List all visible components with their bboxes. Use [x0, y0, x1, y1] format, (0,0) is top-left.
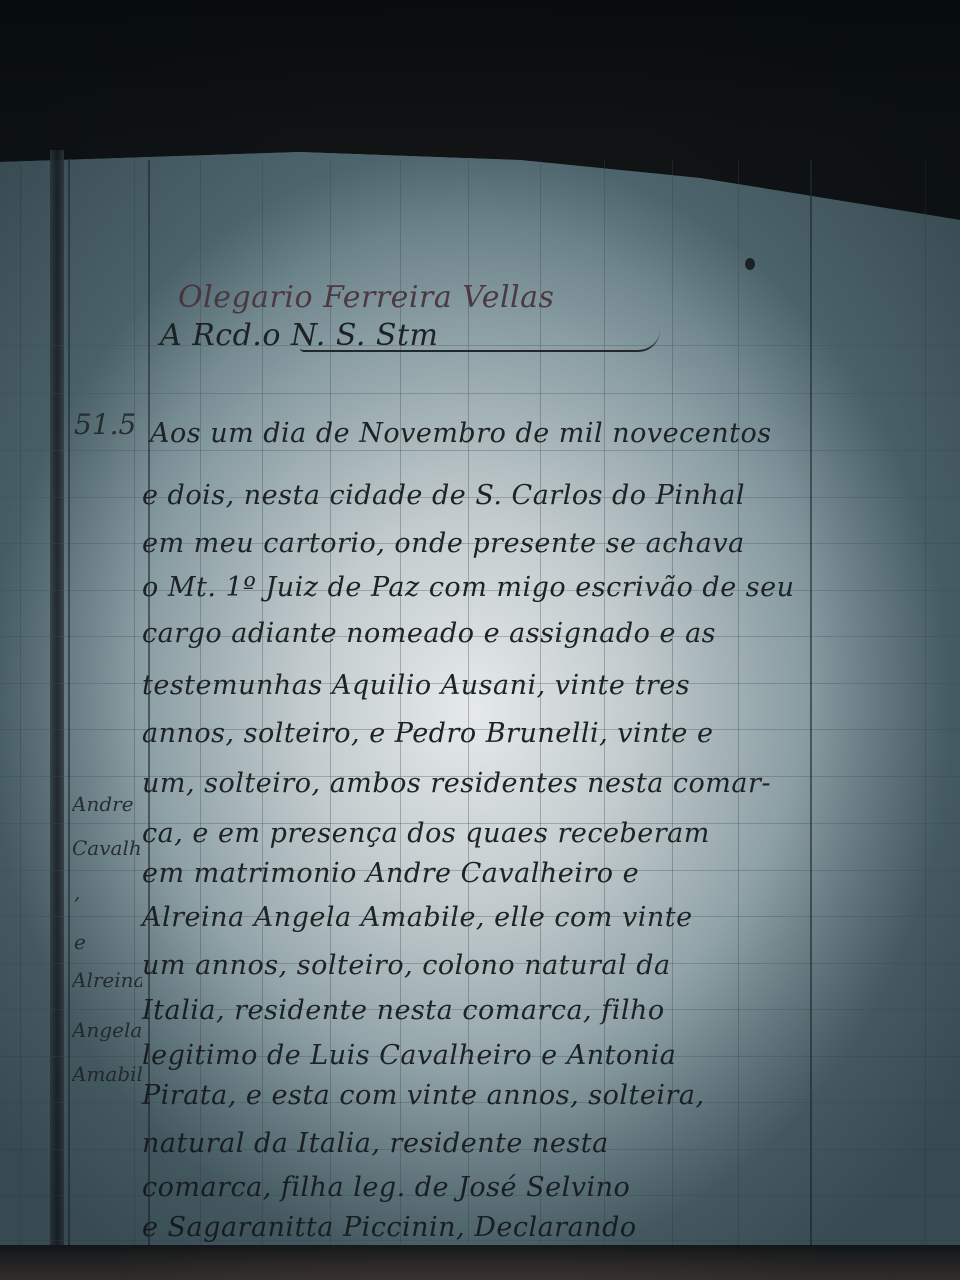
- entry-number: 51.5: [74, 408, 136, 441]
- body-line-6: testemunhas Aquilio Ausani, vinte tres: [142, 670, 690, 701]
- body-line-7: annos, solteiro, e Pedro Brunelli, vinte…: [142, 718, 713, 749]
- body-line-9: ca, e em presença dos quaes receberam: [142, 818, 710, 849]
- margin-note-3: ,: [74, 880, 144, 904]
- handwritten-content: Olegario Ferreira Vellas A Rcd.o N. S. S…: [0, 0, 960, 1280]
- body-line-18: e Sagaranitta Piccinin, Declarando: [142, 1212, 637, 1243]
- body-line-10: em matrimonio Andre Cavalheiro e: [142, 858, 639, 889]
- body-line-1: Aos um dia de Novembro de mil novecentos: [150, 418, 772, 449]
- body-line-17: comarca, filha leg. de José Selvino: [142, 1172, 630, 1203]
- body-line-4: o Mt. 1º Juiz de Paz com migo escrivão d…: [142, 572, 795, 603]
- margin-note-5: Alreina: [72, 968, 142, 992]
- header-name-line: Olegario Ferreira Vellas: [178, 280, 554, 315]
- body-line-13: Italia, residente nesta comarca, filho: [142, 995, 665, 1026]
- body-line-15: Pirata, e esta com vinte annos, solteira…: [142, 1080, 705, 1111]
- margin-note-4: e: [74, 930, 144, 954]
- body-line-8: um, solteiro, ambos residentes nesta com…: [142, 768, 771, 799]
- page-bottom-edge: [0, 1245, 960, 1280]
- margin-note-2: Cavalheiro: [72, 836, 142, 860]
- body-line-5: cargo adiante nomeado e assignado e as: [142, 618, 716, 649]
- margin-note-6: Angela: [72, 1018, 142, 1042]
- body-line-12: um annos, solteiro, colono natural da: [142, 950, 671, 981]
- body-line-11: Alreina Angela Amabile, elle com vinte: [142, 902, 693, 933]
- ink-spot: [745, 258, 755, 270]
- margin-note-1: Andre: [72, 792, 142, 816]
- body-line-3: em meu cartorio, onde presente se achava: [142, 528, 745, 559]
- body-line-2: e dois, nesta cidade de S. Carlos do Pin…: [142, 480, 745, 511]
- body-line-16: natural da Italia, residente nesta: [142, 1128, 609, 1159]
- body-line-14: legitimo de Luis Cavalheiro e Antonia: [142, 1040, 676, 1071]
- margin-note-7: Amabile: [72, 1062, 142, 1086]
- signature-flourish: [300, 330, 660, 352]
